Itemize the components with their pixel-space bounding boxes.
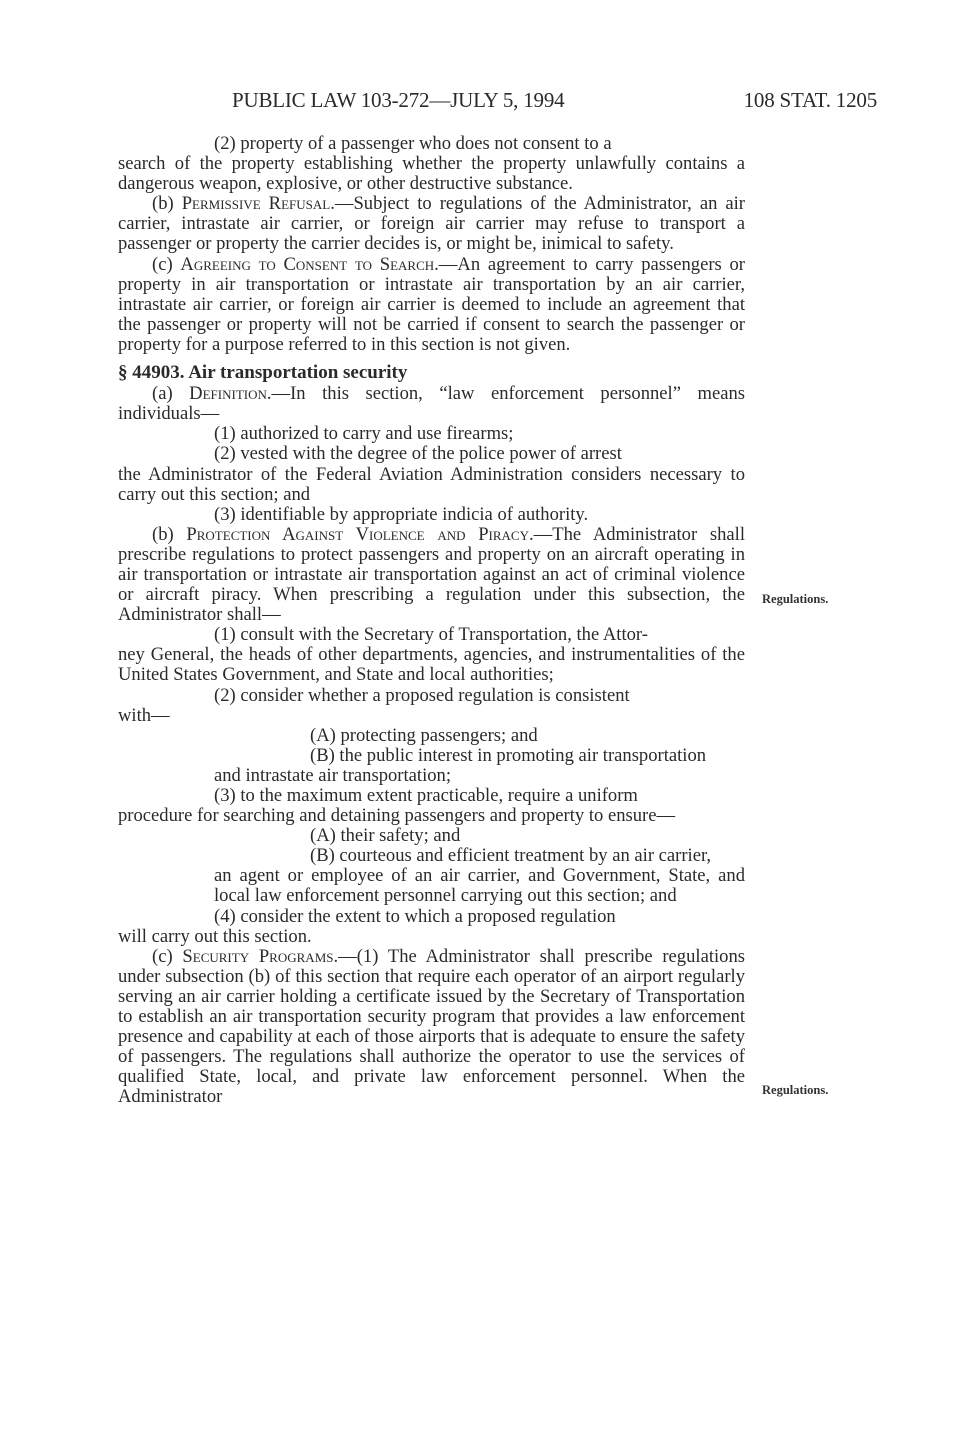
subsection-text: —(1) The Administrator shall prescribe r… <box>118 946 745 1108</box>
paragraph-continuation: search of the property establishing whet… <box>118 154 745 194</box>
paragraph-2-property: (2) property of a passenger who does not… <box>118 134 745 194</box>
definition-item-2-lead: (2) vested with the degree of the police… <box>118 444 745 464</box>
subsection-label: (b) <box>152 193 182 214</box>
protection-item-2-rest: with— <box>118 706 745 726</box>
subsection-heading: Agreeing to Consent to Search. <box>180 254 438 275</box>
protection-item-3A: (A) their safety; and <box>118 826 745 846</box>
paragraph-lead: (2) property of a passenger who does not… <box>118 134 745 154</box>
section-number: § 44903. <box>118 362 185 383</box>
protection-item-2-lead: (2) consider whether a proposed regulati… <box>118 686 745 706</box>
margin-note-regulations-1: Regulations. <box>762 592 828 607</box>
subsection-heading: Protection Against Violence and Piracy. <box>186 524 533 545</box>
page-header: PUBLIC LAW 103-272—JULY 5, 1994 108 STAT… <box>232 88 877 114</box>
protection-item-1-lead: (1) consult with the Secretary of Transp… <box>118 625 745 645</box>
protection-item-3B-lead: (B) courteous and efficient treatment by… <box>118 846 745 866</box>
definition-item-1: (1) authorized to carry and use firearms… <box>118 424 745 444</box>
statute-page-number: 108 STAT. 1205 <box>744 88 877 113</box>
subsection-b-permissive-refusal: (b) Permissive Refusal.—Subject to regul… <box>118 194 745 254</box>
definition-item-2-rest: the Administrator of the Federal Aviatio… <box>118 465 745 505</box>
protection-item-3B-rest: an agent or employee of an air carrier, … <box>118 866 745 906</box>
protection-item-4-rest: will carry out this section. <box>118 927 745 947</box>
document-body: (2) property of a passenger who does not… <box>118 134 745 1108</box>
protection-item-4-lead: (4) consider the extent to which a propo… <box>118 907 745 927</box>
protection-item-3-lead: (3) to the maximum extent practicable, r… <box>118 786 745 806</box>
subsection-heading: Security Programs. <box>182 946 338 967</box>
subsection-a-definition: (a) Definition.—In this section, “law en… <box>118 384 745 424</box>
subsection-b-protection: (b) Protection Against Violence and Pira… <box>118 525 745 625</box>
subsection-label: (b) <box>152 524 186 545</box>
subsection-label: (a) <box>152 383 189 404</box>
protection-item-2B-lead: (B) the public interest in promoting air… <box>118 746 745 766</box>
subsection-heading: Definition. <box>189 383 271 404</box>
protection-item-1-rest: ney General, the heads of other departme… <box>118 645 745 685</box>
subsection-c-agreeing: (c) Agreeing to Consent to Search.—An ag… <box>118 255 745 355</box>
subsection-label: (c) <box>152 946 182 967</box>
subsection-heading: Permissive Refusal. <box>182 193 335 214</box>
running-title: PUBLIC LAW 103-272—JULY 5, 1994 <box>232 88 564 113</box>
section-heading: § 44903. Air transportation security <box>118 363 745 383</box>
margin-note-regulations-2: Regulations. <box>762 1083 828 1098</box>
protection-item-3-rest: procedure for searching and detaining pa… <box>118 806 745 826</box>
definition-item-3: (3) identifiable by appropriate indicia … <box>118 505 745 525</box>
section-title: Air transportation security <box>185 362 408 383</box>
subsection-c-security-programs: (c) Security Programs.—(1) The Administr… <box>118 947 745 1108</box>
subsection-label: (c) <box>152 254 180 275</box>
protection-item-2B-rest: and intrastate air transportation; <box>118 766 745 786</box>
protection-item-2A: (A) protecting passengers; and <box>118 726 745 746</box>
